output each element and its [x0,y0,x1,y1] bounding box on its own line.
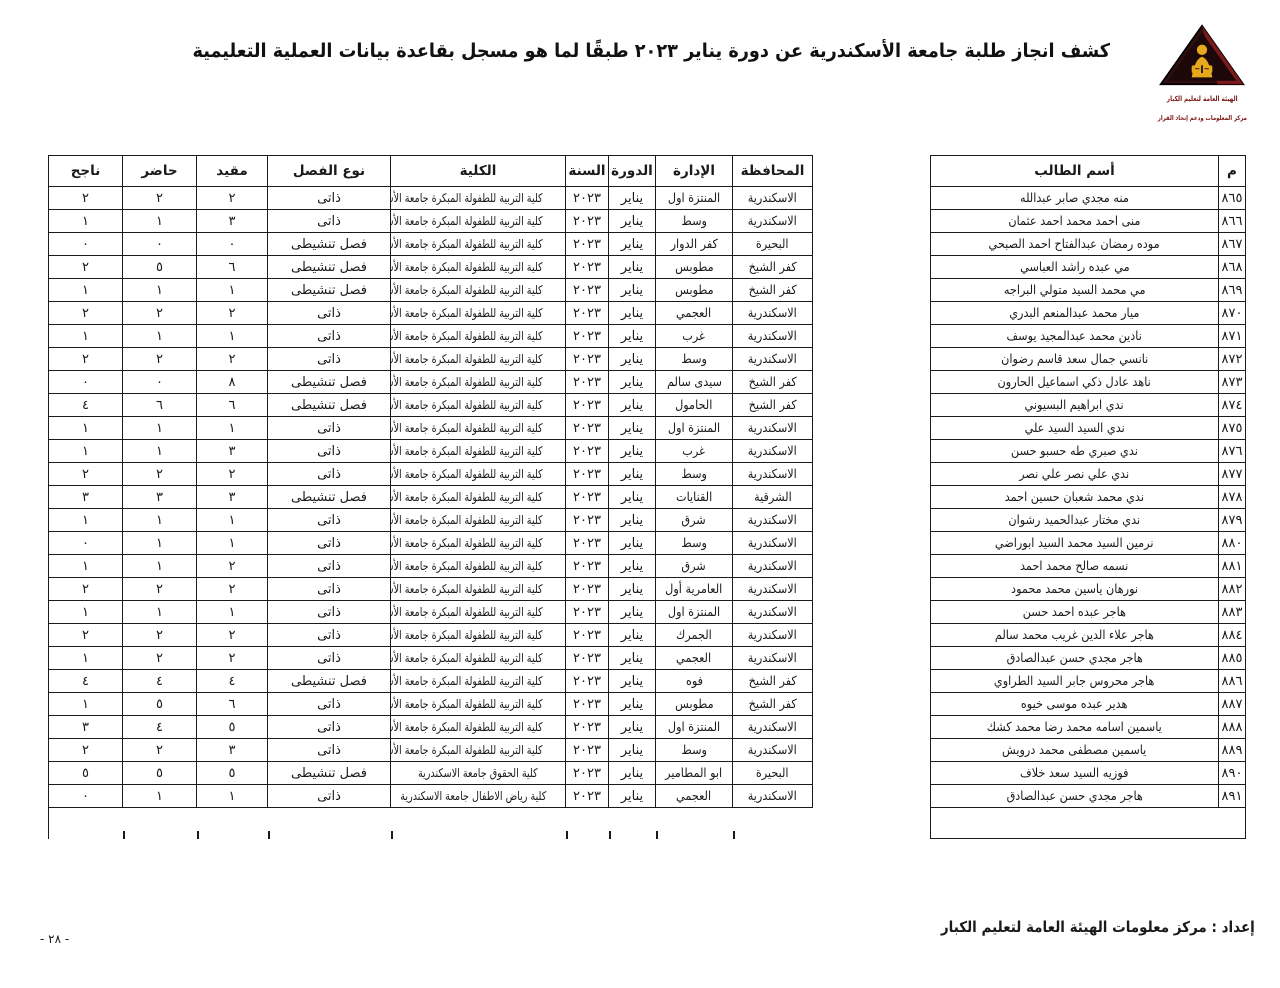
cell-passed: ١ [49,279,123,302]
cell-year: ٢٠٢٣ [566,578,609,601]
cell-administration: فوه [656,670,733,693]
page-title-text: كشف انجاز طلبة جامعة الأسكندرية عن دورة … [193,40,1110,62]
cell-text: ٦ [156,399,163,412]
cell-text: ١ [82,652,89,665]
cell-text: ١ [229,284,236,297]
cell-text: ٨٧٨ [1222,491,1243,504]
cell-class_type: ذاتى [268,509,391,532]
cell-present: ٤ [123,670,197,693]
cell-text: ٠ [82,537,89,550]
cell-session: يناير [609,762,656,785]
cell-text: ٣ [229,744,236,757]
cell-text: كلية التربية للطفولة المبكرة جامعة الأسك… [391,307,543,319]
cell-text: الاسكندرية [748,307,797,320]
cell-serial: ٨٧٣ [1219,371,1246,394]
cell-serial: ٨٨٣ [1219,601,1246,624]
cell-text: ٢ [229,192,236,205]
cell-administration: كفر الدوار [656,233,733,256]
cell-text: الاسكندرية [748,215,797,228]
spacer-cell [813,394,931,417]
cell-text: ٢ [82,629,89,642]
column-tick [733,831,735,839]
cell-text: كلية التربية للطفولة المبكرة جامعة الأسك… [391,675,543,687]
cell-text: ٢٠٢٣ [573,721,601,734]
cell-text: يناير [621,261,643,274]
cell-text: شرق [682,514,706,527]
cell-serial: ٨٨٦ [1219,670,1246,693]
cell-enrolled: ١ [197,325,268,348]
empty-row [49,808,1246,839]
cell-text: سيدى سالم [667,376,722,389]
cell-college: كلية التربية للطفولة المبكرة جامعة الأسك… [391,187,566,210]
cell-session: يناير [609,601,656,624]
cell-text: ٢٠٢٣ [573,215,601,228]
cell-text: ٢٠٢٣ [573,422,601,435]
cell-text: هاجر مجدي حسن عبدالصادق [1006,652,1142,665]
cell-text: المنتزة اول [668,192,720,205]
cell-session: يناير [609,555,656,578]
cell-text: ١ [156,215,163,228]
cell-class_type: ذاتى [268,647,391,670]
cell-present: ٥ [123,693,197,716]
cell-text: ٢ [156,353,163,366]
cell-present: ١ [123,509,197,532]
cell-enrolled: ٤ [197,670,268,693]
cell-text: ١ [82,215,89,228]
cell-text: ٢٠٢٣ [573,698,601,711]
cell-administration: المنتزة اول [656,417,733,440]
cell-governorate: الاسكندرية [733,509,813,532]
cell-text: ٢٠٢٣ [573,675,601,688]
cell-session: يناير [609,486,656,509]
spacer-cell [813,555,931,578]
cell-name: ندي السيد السيد علي [931,417,1219,440]
cell-class_type: ذاتى [268,440,391,463]
cell-text: ٢ [82,307,89,320]
cell-name: مي عبده راشد العباسي [931,256,1219,279]
cell-text: الاسكندرية [748,583,797,596]
table-row: ٨٧٢نانسي جمال سعد قاسم رضوانالاسكندريةوس… [49,348,1246,371]
cell-text: ٨٨٤ [1222,629,1243,642]
cell-text: ٨٩١ [1222,790,1243,803]
cell-present: ٠ [123,233,197,256]
cell-year: ٢٠٢٣ [566,785,609,808]
cell-session: يناير [609,187,656,210]
cell-text: ٢٠٢٣ [573,468,601,481]
cell-administration: وسط [656,463,733,486]
table-row: ٨٦٦منى احمد محمد احمد عثمانالاسكندريةوسط… [49,210,1246,233]
cell-text: ٣ [229,445,236,458]
cell-college: كلية التربية للطفولة المبكرة جامعة الأسك… [391,716,566,739]
cell-text: ١ [229,537,236,550]
cell-text: ذاتى [317,790,341,803]
cell-text: كلية التربية للطفولة المبكرة جامعة الأسك… [391,744,543,756]
cell-enrolled: ٢ [197,187,268,210]
cell-governorate: الاسكندرية [733,348,813,371]
cell-serial: ٨٦٦ [1219,210,1246,233]
cell-serial: ٨٧٢ [1219,348,1246,371]
cell-text: ٨٦٥ [1222,192,1243,205]
cell-text: شرق [682,560,706,573]
cell-text: فصل تنشيطى [291,675,367,688]
cell-text: ذاتى [317,468,341,481]
cell-session: يناير [609,233,656,256]
cell-present: ٢ [123,302,197,325]
cell-passed: ١ [49,601,123,624]
cell-text: ٨٦٦ [1222,215,1243,228]
cell-name: ياسمين مصطفى محمد درويش [931,739,1219,762]
cell-passed: ٢ [49,187,123,210]
cell-passed: ٥ [49,762,123,785]
cell-text: ٠ [156,376,163,389]
cell-text: ٨٨١ [1222,560,1243,573]
cell-name: ياسمين اسامه محمد رضا محمد كشك [931,716,1219,739]
cell-passed: ١ [49,555,123,578]
table-row: ٨٧٧ندي علي نصر علي نصرالاسكندريةوسطيناير… [49,463,1246,486]
cell-text: يناير [621,744,643,757]
cell-text: ندي السيد السيد علي [1024,422,1124,435]
cell-class_type: فصل تنشيطى [268,486,391,509]
cell-class_type: فصل تنشيطى [268,670,391,693]
cell-name: موده رمضان عبدالفتاح احمد الصبحي [931,233,1219,256]
cell-text: ندي ابراهيم البسيوني [1025,399,1124,412]
cell-text: ٠ [82,376,89,389]
cell-present: ٦ [123,394,197,417]
cell-college: كلية التربية للطفولة المبكرة جامعة الأسك… [391,279,566,302]
cell-year: ٢٠٢٣ [566,371,609,394]
cell-text: يناير [621,238,643,251]
cell-class_type: فصل تنشيطى [268,762,391,785]
cell-text: فوه [685,675,702,688]
cell-year: ٢٠٢٣ [566,670,609,693]
cell-text: ذاتى [317,514,341,527]
cell-text: يناير [621,468,643,481]
cell-text: ٢ [156,307,163,320]
cell-administration: المنتزة اول [656,716,733,739]
cell-passed: ٢ [49,739,123,762]
cell-class_type: ذاتى [268,325,391,348]
cell-enrolled: ٥ [197,762,268,785]
cell-present: ١ [123,532,197,555]
cell-college: كلية التربية للطفولة المبكرة جامعة الأسك… [391,371,566,394]
spacer-cell [813,233,931,256]
cell-text: كلية التربية للطفولة المبكرة جامعة الأسك… [391,698,543,710]
cell-text: ١ [156,790,163,803]
cell-name: ندي علي نصر علي نصر [931,463,1219,486]
cell-text: ذاتى [317,445,341,458]
cell-text: ميار محمد عبدالمنعم البدري [1009,307,1139,320]
cell-name: نسمه صالح محمد احمد [931,555,1219,578]
cell-text: نانسي جمال سعد قاسم رضوان [1001,353,1148,366]
cell-session: يناير [609,417,656,440]
cell-governorate: كفر الشيخ [733,371,813,394]
spacer-cell [813,417,931,440]
cell-text: كلية التربية للطفولة المبكرة جامعة الأسك… [391,284,543,296]
spacer-cell [813,440,931,463]
cell-text: ٥ [156,261,163,274]
cell-text: البحيرة [756,238,789,251]
cell-text: الاسكندرية [748,744,797,757]
cell-name: ندي مختار عبدالحميد رشوان [931,509,1219,532]
cell-text: ذاتى [317,606,341,619]
spacer-header [813,156,931,187]
cell-college: كلية التربية للطفولة المبكرة جامعة الأسك… [391,601,566,624]
cell-year: ٢٠٢٣ [566,302,609,325]
spacer-cell [813,762,931,785]
cell-text: هاجر محروس جابر السيد الطراوي [994,675,1154,688]
cell-class_type: ذاتى [268,601,391,624]
cell-text: ٢٠٢٣ [573,399,601,412]
cell-text: ٢ [229,629,236,642]
spacer-cell [813,624,931,647]
cell-present: ١ [123,440,197,463]
cell-text: ٢٠٢٣ [573,514,601,527]
cell-college: كلية رياض الاطفال جامعة الاسكندرية [391,785,566,808]
cell-text: ذاتى [317,330,341,343]
cell-text: يناير [621,606,643,619]
spacer-cell [813,578,931,601]
cell-text: ٢٠٢٣ [573,606,601,619]
spacer-cell [813,785,931,808]
cell-text: ٠ [156,238,163,251]
cell-text: ٨٧٣ [1222,376,1243,389]
cell-text: الاسكندرية [748,353,797,366]
cell-governorate: الاسكندرية [733,601,813,624]
cell-text: ١ [229,790,236,803]
cell-administration: وسط [656,210,733,233]
cell-serial: ٨٨٩ [1219,739,1246,762]
cell-governorate: البحيرة [733,762,813,785]
cell-enrolled: ٣ [197,739,268,762]
cell-text: منى احمد محمد احمد عثمان [1008,215,1140,228]
page-title: كشف انجاز طلبة جامعة الأسكندرية عن دورة … [330,40,1145,62]
cell-present: ٠ [123,371,197,394]
cell-class_type: ذاتى [268,624,391,647]
table-row: ٨٨٤هاجر علاء الدين غريب محمد سالمالاسكند… [49,624,1246,647]
table-row: ٨٦٨مي عبده راشد العباسيكفر الشيخمطوبسينا… [49,256,1246,279]
cell-text: ٨٨٨ [1222,721,1243,734]
cell-administration: غرب [656,325,733,348]
cell-text: ١ [156,330,163,343]
table-row: ٨٨٠نرمين السيد محمد السيد ابوراضيالاسكند… [49,532,1246,555]
cell-text: مي محمد السيد متولي البراجه [1004,284,1146,297]
cell-text: موده رمضان عبدالفتاح احمد الصبحي [989,238,1160,251]
cell-text: ٢ [82,353,89,366]
cell-text: فصل تنشيطى [291,399,367,412]
cell-text: ٤ [156,721,163,734]
cell-text: هاجر عبده احمد حسن [1023,606,1126,619]
cell-text: كفر الشيخ [748,698,796,711]
cell-class_type: ذاتى [268,693,391,716]
cell-passed: ١ [49,647,123,670]
cell-passed: ١ [49,509,123,532]
empty-cell-left [49,808,813,839]
cell-serial: ٨٦٩ [1219,279,1246,302]
cell-text: كلية التربية للطفولة المبكرة جامعة الأسك… [391,445,543,457]
cell-text: الاسكندرية [748,514,797,527]
table-row: ٨٧٨ندي محمد شعبان حسين احمدالشرقيةالقناي… [49,486,1246,509]
cell-text: غرب [683,445,706,458]
cell-governorate: الاسكندرية [733,302,813,325]
cell-text: ٢ [82,468,89,481]
logo-triangle-icon [1159,24,1245,86]
cell-text: ٣ [229,215,236,228]
cell-text: ٢٠٢٣ [573,284,601,297]
cell-text: الاسكندرية [748,468,797,481]
cell-governorate: الاسكندرية [733,624,813,647]
cell-text: ندي مختار عبدالحميد رشوان [1009,514,1141,527]
cell-name: منه مجدي صابر عبدالله [931,187,1219,210]
cell-name: فوزيه السيد سعد خلاف [931,762,1219,785]
column-header-name: أسم الطالب [931,156,1219,187]
column-header-passed: ناجح [49,156,123,187]
cell-text: مطوبس [675,698,714,711]
cell-passed: ١ [49,417,123,440]
spacer-cell [813,371,931,394]
cell-text: ٦ [229,698,236,711]
spacer-cell [813,532,931,555]
cell-name: هاجر عبده احمد حسن [931,601,1219,624]
cell-governorate: كفر الشيخ [733,670,813,693]
students-table: م أسم الطالب المحافظة الإدارة الدورة الس… [48,155,1246,839]
cell-class_type: ذاتى [268,210,391,233]
cell-text: وسط [681,353,707,366]
cell-text: ٢٠٢٣ [573,790,601,803]
cell-text: ٢ [156,583,163,596]
cell-name: نانسي جمال سعد قاسم رضوان [931,348,1219,371]
cell-text: ٢ [229,652,236,665]
cell-serial: ٨٦٨ [1219,256,1246,279]
cell-text: ٨٨٦ [1222,675,1243,688]
cell-session: يناير [609,371,656,394]
table-row: ٨٨٣هاجر عبده احمد حسنالاسكندريةالمنتزة ا… [49,601,1246,624]
cell-college: كلية التربية للطفولة المبكرة جامعة الأسك… [391,670,566,693]
cell-college: كلية التربية للطفولة المبكرة جامعة الأسك… [391,555,566,578]
cell-passed: ١ [49,210,123,233]
cell-text: ٥ [229,721,236,734]
cell-name: ميار محمد عبدالمنعم البدري [931,302,1219,325]
cell-text: ذاتى [317,698,341,711]
column-tick [197,831,199,839]
cell-name: ندي محمد شعبان حسين احمد [931,486,1219,509]
cell-text: الاسكندرية [748,721,797,734]
cell-text: كفر الشيخ [748,399,796,412]
cell-administration: مطوبس [656,256,733,279]
cell-serial: ٨٧٥ [1219,417,1246,440]
cell-college: كلية التربية للطفولة المبكرة جامعة الأسك… [391,256,566,279]
cell-serial: ٨٨٥ [1219,647,1246,670]
cell-present: ١ [123,417,197,440]
cell-text: ٢ [82,583,89,596]
cell-enrolled: ٨ [197,371,268,394]
spacer-cell [813,716,931,739]
cell-enrolled: ١ [197,417,268,440]
cell-serial: ٨٧٠ [1219,302,1246,325]
cell-text: يناير [621,675,643,688]
cell-year: ٢٠٢٣ [566,532,609,555]
cell-text: ٨٨٠ [1222,537,1243,550]
cell-administration: مطوبس [656,279,733,302]
cell-text: الاسكندرية [748,192,797,205]
spacer-cell [813,647,931,670]
cell-text: ٨٧٩ [1222,514,1243,527]
spacer-cell [813,739,931,762]
cell-passed: ٢ [49,302,123,325]
cell-session: يناير [609,624,656,647]
cell-text: المنتزة اول [668,422,720,435]
cell-text: ٨٧١ [1222,330,1243,343]
spacer-cell [813,670,931,693]
cell-text: ٢ [229,307,236,320]
cell-text: ٢ [156,744,163,757]
spacer-cell [813,601,931,624]
cell-text: الاسكندرية [748,422,797,435]
cell-text: ٢٠٢٣ [573,652,601,665]
cell-session: يناير [609,647,656,670]
cell-session: يناير [609,210,656,233]
cell-passed: ١ [49,693,123,716]
cell-passed: ٢ [49,348,123,371]
cell-session: يناير [609,785,656,808]
cell-class_type: ذاتى [268,187,391,210]
cell-text: يناير [621,767,643,780]
cell-text: ١ [229,330,236,343]
cell-name: مي محمد السيد متولي البراجه [931,279,1219,302]
cell-present: ١ [123,325,197,348]
column-tick [391,831,393,839]
cell-year: ٢٠٢٣ [566,256,609,279]
cell-text: كلية التربية للطفولة المبكرة جامعة الأسك… [391,399,543,411]
table-row: ٨٨٢نورهان ياسين محمد محمودالاسكندريةالعا… [49,578,1246,601]
cell-serial: ٨٨٢ [1219,578,1246,601]
cell-text: ١ [156,284,163,297]
cell-text: ياسمين اسامه محمد رضا محمد كشك [987,721,1162,734]
cell-text: ٢ [156,192,163,205]
column-header-serial: م [1219,156,1246,187]
cell-administration: ابو المطامير [656,762,733,785]
cell-text: يناير [621,721,643,734]
cell-text: ١ [229,514,236,527]
cell-text: ١ [82,514,89,527]
cell-administration: العامرية أول [656,578,733,601]
cell-administration: وسط [656,532,733,555]
cell-present: ١ [123,785,197,808]
cell-governorate: الاسكندرية [733,555,813,578]
cell-college: كلية التربية للطفولة المبكرة جامعة الأسك… [391,532,566,555]
cell-text: العجمي [676,652,711,665]
cell-text: ٥ [156,698,163,711]
cell-enrolled: ١ [197,601,268,624]
cell-text: ذاتى [317,307,341,320]
cell-text: كفر الشيخ [748,376,796,389]
cell-text: ٠ [82,790,89,803]
cell-present: ١ [123,210,197,233]
cell-class_type: ذاتى [268,739,391,762]
cell-text: البحيرة [756,767,789,780]
cell-college: كلية التربية للطفولة المبكرة جامعة الأسك… [391,210,566,233]
cell-text: يناير [621,514,643,527]
cell-text: ٢ [156,468,163,481]
cell-serial: ٨٨٤ [1219,624,1246,647]
cell-text: ٢ [229,583,236,596]
table-row: ٨٦٧موده رمضان عبدالفتاح احمد الصبحيالبحي… [49,233,1246,256]
cell-text: ٤ [156,675,163,688]
cell-text: ٥ [229,767,236,780]
cell-college: كلية التربية للطفولة المبكرة جامعة الأسك… [391,417,566,440]
cell-text: كلية التربية للطفولة المبكرة جامعة الأسك… [391,238,543,250]
table-row: ٨٦٥منه مجدي صابر عبداللهالاسكندريةالمنتز… [49,187,1246,210]
cell-text: ٨٧٤ [1222,399,1243,412]
